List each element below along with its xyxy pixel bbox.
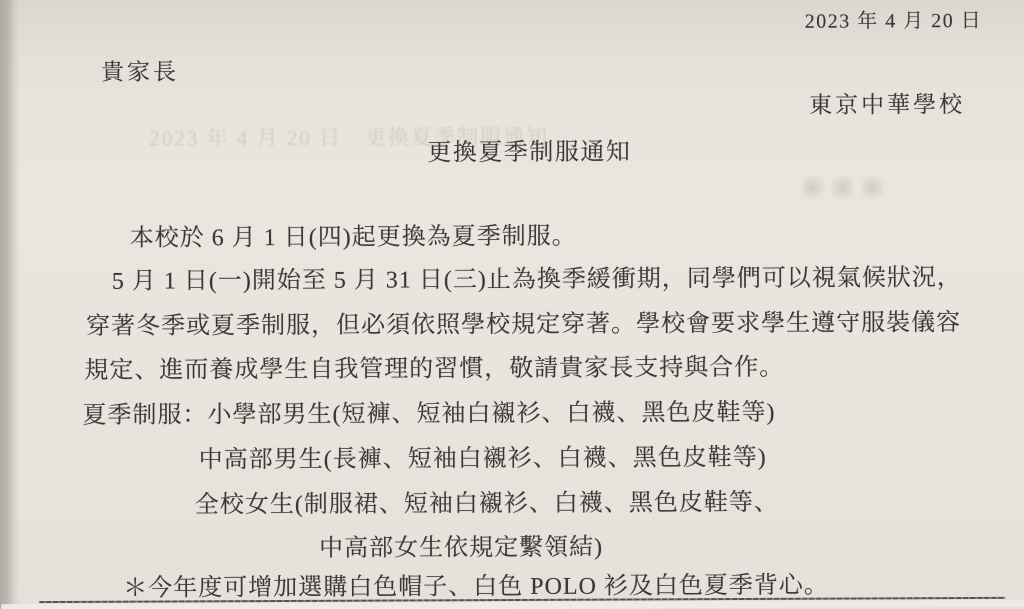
body-line-9: ＊今年度可增加選購白色帽子、白色 POLO 衫及白色夏季背心。 — [123, 565, 829, 603]
body-line-4: 規定、進而養成學生自我管理的習慣，敬請貴家長支持與合作。 — [84, 347, 784, 385]
scanned-notice-document: 2023 年 4 月 20 日 貴家長 東京中華學校 2023 年 4 月 20… — [0, 0, 1024, 609]
document-content: 2023 年 4 月 20 日 貴家長 東京中華學校 2023 年 4 月 20… — [0, 0, 1024, 609]
body-line-1: 本校於 6 月 1 日(四)起更換為夏季制服。 — [130, 216, 577, 253]
date-line: 2023 年 4 月 20 日 — [805, 4, 983, 34]
school-name: 東京中華學校 — [809, 86, 965, 120]
body-line-7: 全校女生(制服裙、短袖白襯衫、白襪、黑色皮鞋等、 — [195, 482, 779, 520]
notice-title: 更換夏季制服通知 — [427, 131, 631, 167]
body-line-8: 中高部女生依規定繫領結) — [319, 527, 603, 563]
body-line-5: 夏季制服：小學部男生(短褲、短袖白襯衫、白襪、黑色皮鞋等) — [82, 392, 775, 430]
body-line-6: 中高部男生(長褲、短袖白襯衫、白襪、黑色皮鞋等) — [199, 437, 767, 474]
bleed-through-smudge — [801, 176, 883, 198]
body-line-2: 5 月 1 日(一)開始至 5 月 31 日(三)止為換季緩衝期，同學們可以視氣… — [112, 257, 962, 296]
body-line-3: 穿著冬季或夏季制服，但必須依照學校規定穿著。學校會要求學生遵守服裝儀容 — [86, 302, 961, 341]
salutation: 貴家長 — [101, 53, 179, 86]
